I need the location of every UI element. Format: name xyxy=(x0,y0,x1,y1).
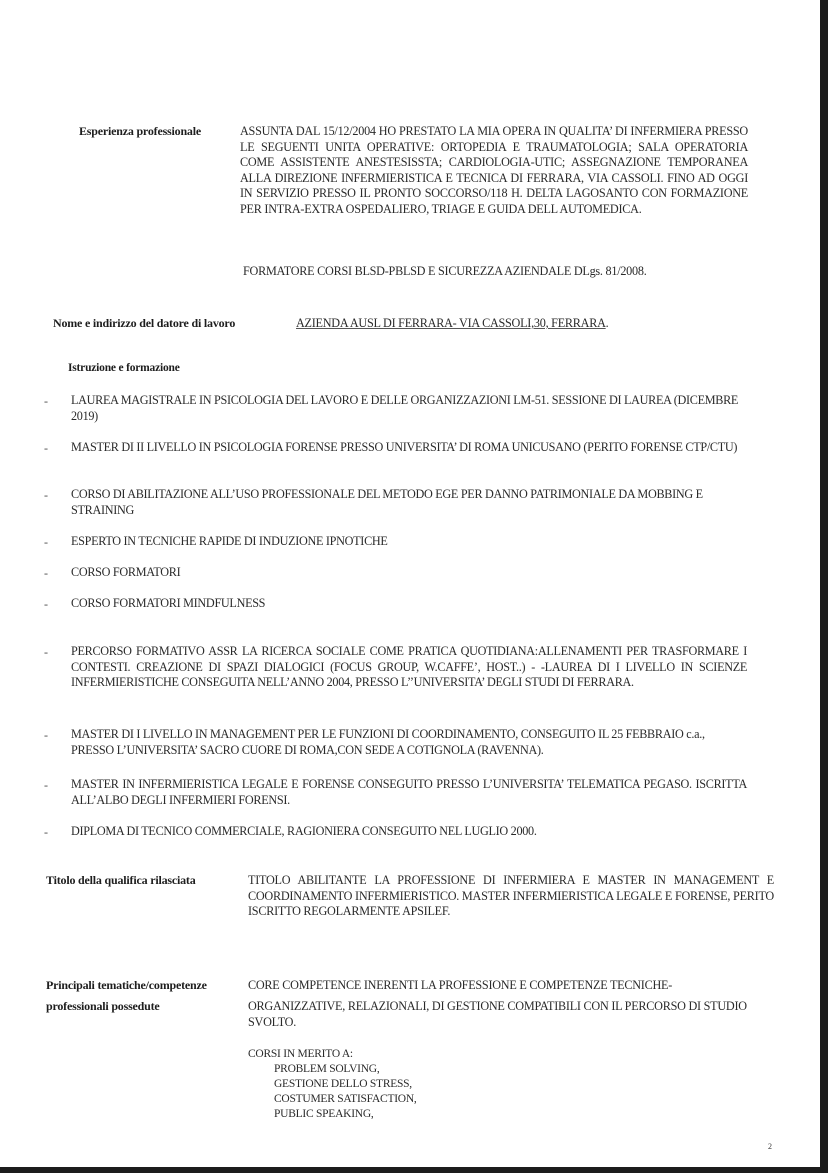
course-item: PUBLIC SPEAKING, xyxy=(248,1107,417,1122)
education-item: CORSO FORMATORI xyxy=(71,565,747,581)
employer-suffix: . xyxy=(606,316,609,330)
education-item: CORSO FORMATORI MINDFULNESS xyxy=(71,596,747,612)
course-item: GESTIONE DELLO STRESS, xyxy=(248,1077,417,1092)
experience-label: Esperienza professionale xyxy=(79,124,201,139)
bullet-marker: - xyxy=(44,566,48,581)
competences-label-line2: professionali possedute xyxy=(46,999,160,1014)
document-page: Esperienza professionale ASSUNTA DAL 15/… xyxy=(0,0,820,1167)
education-item: PERCORSO FORMATIVO ASSR LA RICERCA SOCIA… xyxy=(71,644,747,691)
bullet-marker: - xyxy=(44,441,48,456)
education-item: LAUREA MAGISTRALE IN PSICOLOGIA DEL LAVO… xyxy=(71,393,747,424)
education-item: MASTER DI I LIVELLO IN MANAGEMENT PER LE… xyxy=(71,727,747,758)
bullet-marker: - xyxy=(44,394,48,409)
bullet-marker: - xyxy=(44,728,48,743)
education-item: DIPLOMA DI TECNICO COMMERCIALE, RAGIONIE… xyxy=(71,824,747,840)
page-number: 2 xyxy=(768,1142,772,1151)
competences-text-rest: ORGANIZZATIVE, RELAZIONALI, DI GESTIONE … xyxy=(248,999,774,1030)
bullet-marker: - xyxy=(44,488,48,503)
bullet-marker: - xyxy=(44,778,48,793)
experience-text: ASSUNTA DAL 15/12/2004 HO PRESTATO LA MI… xyxy=(240,124,748,218)
education-item: MASTER IN INFERMIERISTICA LEGALE E FOREN… xyxy=(71,777,747,808)
education-item: ESPERTO IN TECNICHE RAPIDE DI INDUZIONE … xyxy=(71,534,747,550)
education-heading: Istruzione e formazione xyxy=(68,362,180,374)
qualification-text: TITOLO ABILITANTE LA PROFESSIONE DI INFE… xyxy=(248,873,774,920)
education-item: MASTER DI II LIVELLO IN PSICOLOGIA FOREN… xyxy=(71,440,747,456)
course-item: COSTUMER SATISFACTION, xyxy=(248,1092,417,1107)
bullet-marker: - xyxy=(44,597,48,612)
trainer-text: FORMATORE CORSI BLSD-PBLSD E SICUREZZA A… xyxy=(243,264,647,280)
employer-name-address: AZIENDA AUSL DI FERRARA- VIA CASSOLI,30,… xyxy=(296,316,606,330)
bullet-marker: - xyxy=(44,535,48,550)
competences-text-line1: CORE COMPETENCE INERENTI LA PROFESSIONE … xyxy=(248,978,672,994)
courses-block: CORSI IN MERITO A: PROBLEM SOLVING, GEST… xyxy=(248,1047,417,1122)
course-item: PROBLEM SOLVING, xyxy=(248,1062,417,1077)
employer-label: Nome e indirizzo del datore di lavoro xyxy=(53,316,235,331)
bullet-marker: - xyxy=(44,645,48,660)
employer-value: AZIENDA AUSL DI FERRARA- VIA CASSOLI,30,… xyxy=(296,316,608,332)
courses-heading: CORSI IN MERITO A: xyxy=(248,1047,417,1062)
education-item: CORSO DI ABILITAZIONE ALL’USO PROFESSION… xyxy=(71,487,747,518)
bullet-marker: - xyxy=(44,825,48,840)
competences-label-line1: Principali tematiche/competenze xyxy=(46,978,207,993)
qualification-label: Titolo della qualifica rilasciata xyxy=(46,873,196,888)
